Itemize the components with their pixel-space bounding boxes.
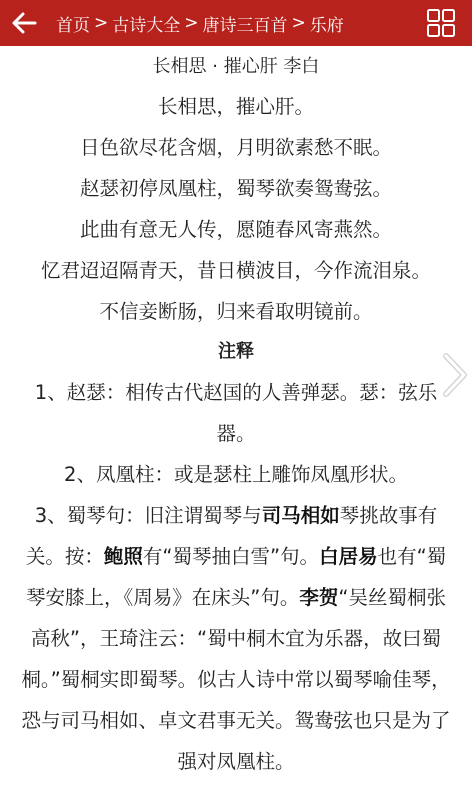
breadcrumb-poems[interactable]: 古诗大全 <box>112 11 180 36</box>
note-text: 1、赵瑟：相传古代赵国的人善弹瑟。瑟：弦乐器。 <box>35 381 437 445</box>
note-person-name: 李贺 <box>299 586 338 609</box>
breadcrumb-separator: > <box>292 13 306 33</box>
note-text: 3、蜀琴句：旧注谓蜀琴与 <box>35 504 262 527</box>
poem-line: 此曲有意无人传，愿随春风寄燕然。 <box>18 209 454 250</box>
note-person-name: 司马相如 <box>262 504 340 527</box>
breadcrumb-separator: > <box>184 13 198 33</box>
menu-button[interactable] <box>424 6 458 40</box>
top-bar: 首页 > 古诗大全 > 唐诗三百首 > 乐府 <box>0 0 472 46</box>
poem-line: 不信妾断肠，归来看取明镜前。 <box>18 291 454 332</box>
poem-content: 长相思 · 摧心肝 李白 长相思，摧心肝。 日色欲尽花含烟，月明欲素愁不眠。 赵… <box>0 46 472 790</box>
back-button[interactable] <box>0 0 48 46</box>
note-item: 2、凤凰柱：或是瑟柱上雕饰凤凰形状。 <box>18 454 454 495</box>
note-item: 3、蜀琴句：旧注谓蜀琴与司马相如琴挑故事有关。按：鲍照有“蜀琴抽白雪”句。白居易… <box>18 495 454 782</box>
poem-line: 赵瑟初停凤凰柱，蜀琴欲奏鸳鸯弦。 <box>18 168 454 209</box>
breadcrumb: 首页 > 古诗大全 > 唐诗三百首 > 乐府 <box>56 11 344 36</box>
poem-line: 日色欲尽花含烟，月明欲素愁不眠。 <box>18 127 454 168</box>
chevron-right-icon <box>440 352 470 398</box>
grid-icon <box>426 8 456 38</box>
note-text: “吴丝蜀桐张高秋”，王琦注云：“蜀中桐木宜为乐器，故曰蜀桐。”蜀桐实即蜀琴。似古… <box>21 586 450 773</box>
breadcrumb-home[interactable]: 首页 <box>56 11 90 36</box>
note-person-name: 白居易 <box>319 545 378 568</box>
note-text: 2、凤凰柱：或是瑟柱上雕饰凤凰形状。 <box>64 463 408 486</box>
next-page-button[interactable] <box>440 352 470 398</box>
breadcrumb-tang300[interactable]: 唐诗三百首 <box>203 11 288 36</box>
poem-line: 忆君迢迢隔青天，昔日横波目，今作流泪泉。 <box>18 250 454 291</box>
poem-line: 长相思，摧心肝。 <box>18 86 454 127</box>
note-item: 1、赵瑟：相传古代赵国的人善弹瑟。瑟：弦乐器。 <box>18 372 454 454</box>
note-person-name: 鲍照 <box>104 545 143 568</box>
breadcrumb-yuefu[interactable]: 乐府 <box>310 11 344 36</box>
note-text: 有“蜀琴抽白雪”句。 <box>143 545 319 568</box>
breadcrumb-separator: > <box>94 13 108 33</box>
notes-heading: 注释 <box>18 332 454 372</box>
poem-title: 长相思 · 摧心肝 李白 <box>18 48 454 86</box>
arrow-left-icon <box>11 12 37 34</box>
